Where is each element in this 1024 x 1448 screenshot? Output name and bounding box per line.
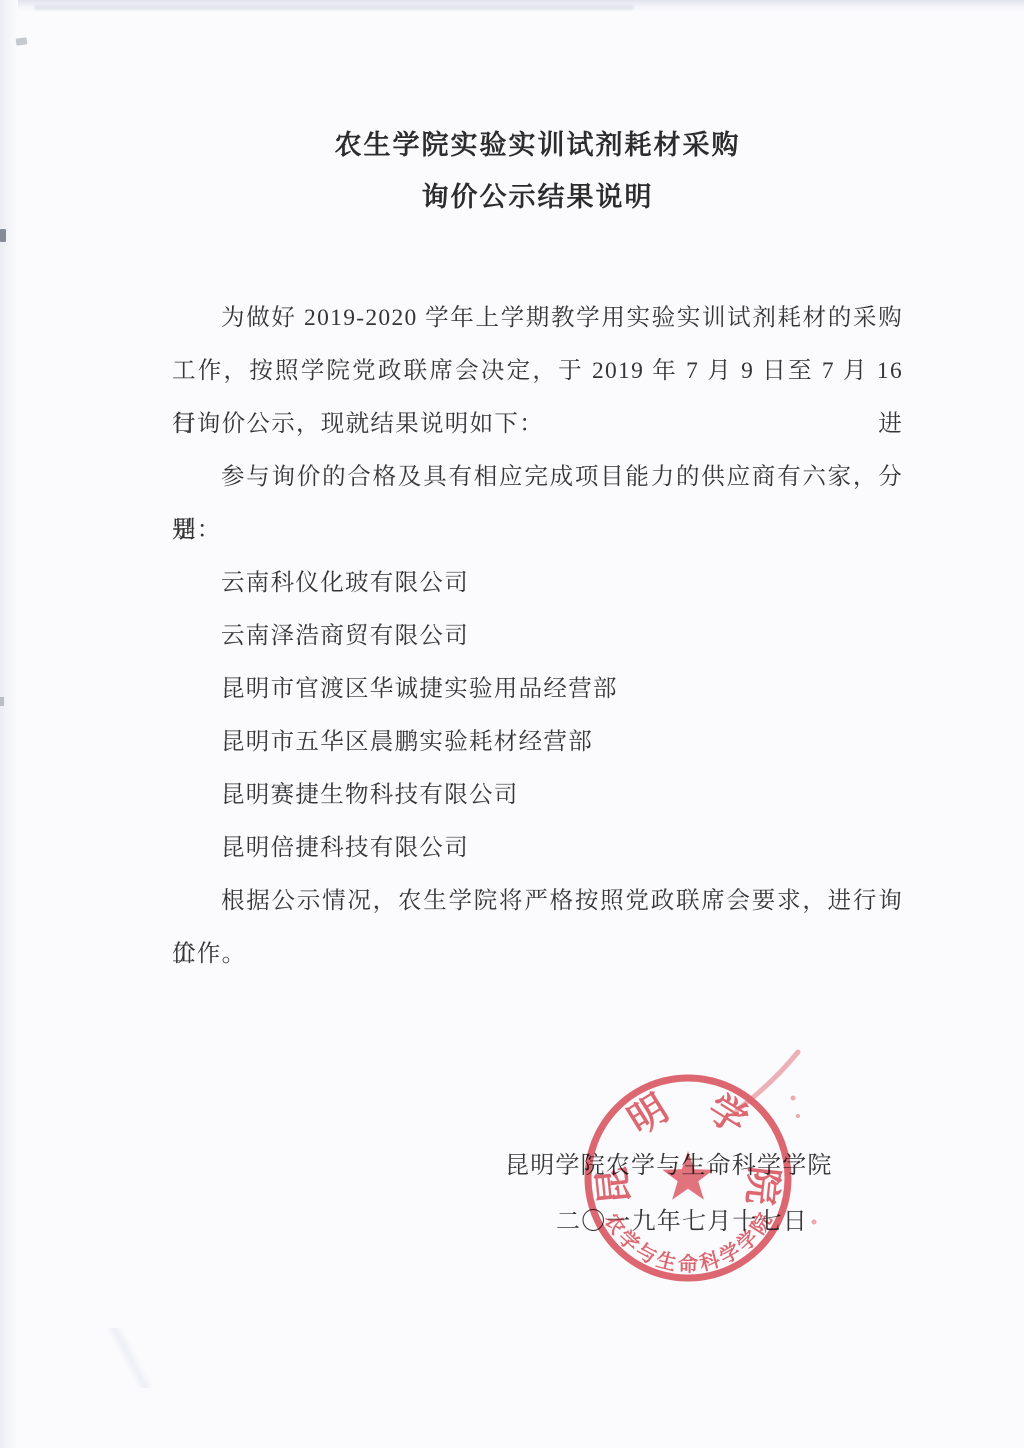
seal-text-bottom-char: 命 [678, 1252, 698, 1276]
paragraph3-line1: 根据公示情况，农生学院将严格按照党政联席会要求，进行询价 [172, 875, 903, 928]
doc-title-line1: 农生学院实验实训试剂耗材采购 [172, 125, 903, 165]
scan-artifact [16, 37, 28, 45]
seal-text-top-char: 院 [739, 1165, 785, 1207]
paragraph2-line2: 是： [172, 504, 903, 557]
supplier-name-6: 昆明倍捷科技有限公司 [172, 822, 903, 875]
seal-star-icon [662, 1151, 713, 1200]
supplier-name-4: 昆明市五华区晨鹏实验耗材经营部 [172, 716, 903, 769]
paragraph2-line1: 参与询价的合格及具有相应完成项目能力的供应商有六家，分别 [172, 451, 903, 504]
seal-ink-dot [791, 1096, 796, 1101]
seal-ink-dot [812, 1220, 817, 1225]
scan-artifact [0, 697, 4, 706]
supplier-name-2: 云南泽浩商贸有限公司 [172, 610, 903, 663]
scan-left-shadow [0, 0, 18, 1448]
paragraph1-line1: 为做好 2019-2020 学年上学期教学用实验实训试剂耗材的采购 [172, 292, 903, 345]
supplier-name-5: 昆明赛捷生物科技有限公司 [172, 769, 903, 822]
doc-title-line2: 询价公示结果说明 [172, 177, 903, 217]
scanned-document-page: 农生学院实验实训试剂耗材采购 询价公示结果说明 为做好 2019-2020 学年… [0, 0, 1024, 1448]
scan-smudge [34, 5, 634, 10]
scan-artifact [0, 229, 6, 242]
scan-streak [90, 1328, 170, 1388]
supplier-name-3: 昆明市官渡区华诚捷实验用品经营部 [172, 663, 903, 716]
seal-ink-dot [796, 1114, 800, 1118]
seal-text-top-char: 昆 [592, 1165, 638, 1207]
supplier-name-1: 云南科仪化玻有限公司 [172, 557, 903, 610]
paragraph1-line2: 工作，按照学院党政联席会决定，于 2019 年 7 月 9 日至 7 月 16 … [172, 345, 903, 398]
official-seal-stamp: 昆明学院农学与生命科学学院 [548, 1038, 828, 1318]
doc-body: 为做好 2019-2020 学年上学期教学用实验实训试剂耗材的采购 工作，按照学… [172, 292, 903, 981]
paragraph3-line2: 工作。 [172, 928, 903, 981]
